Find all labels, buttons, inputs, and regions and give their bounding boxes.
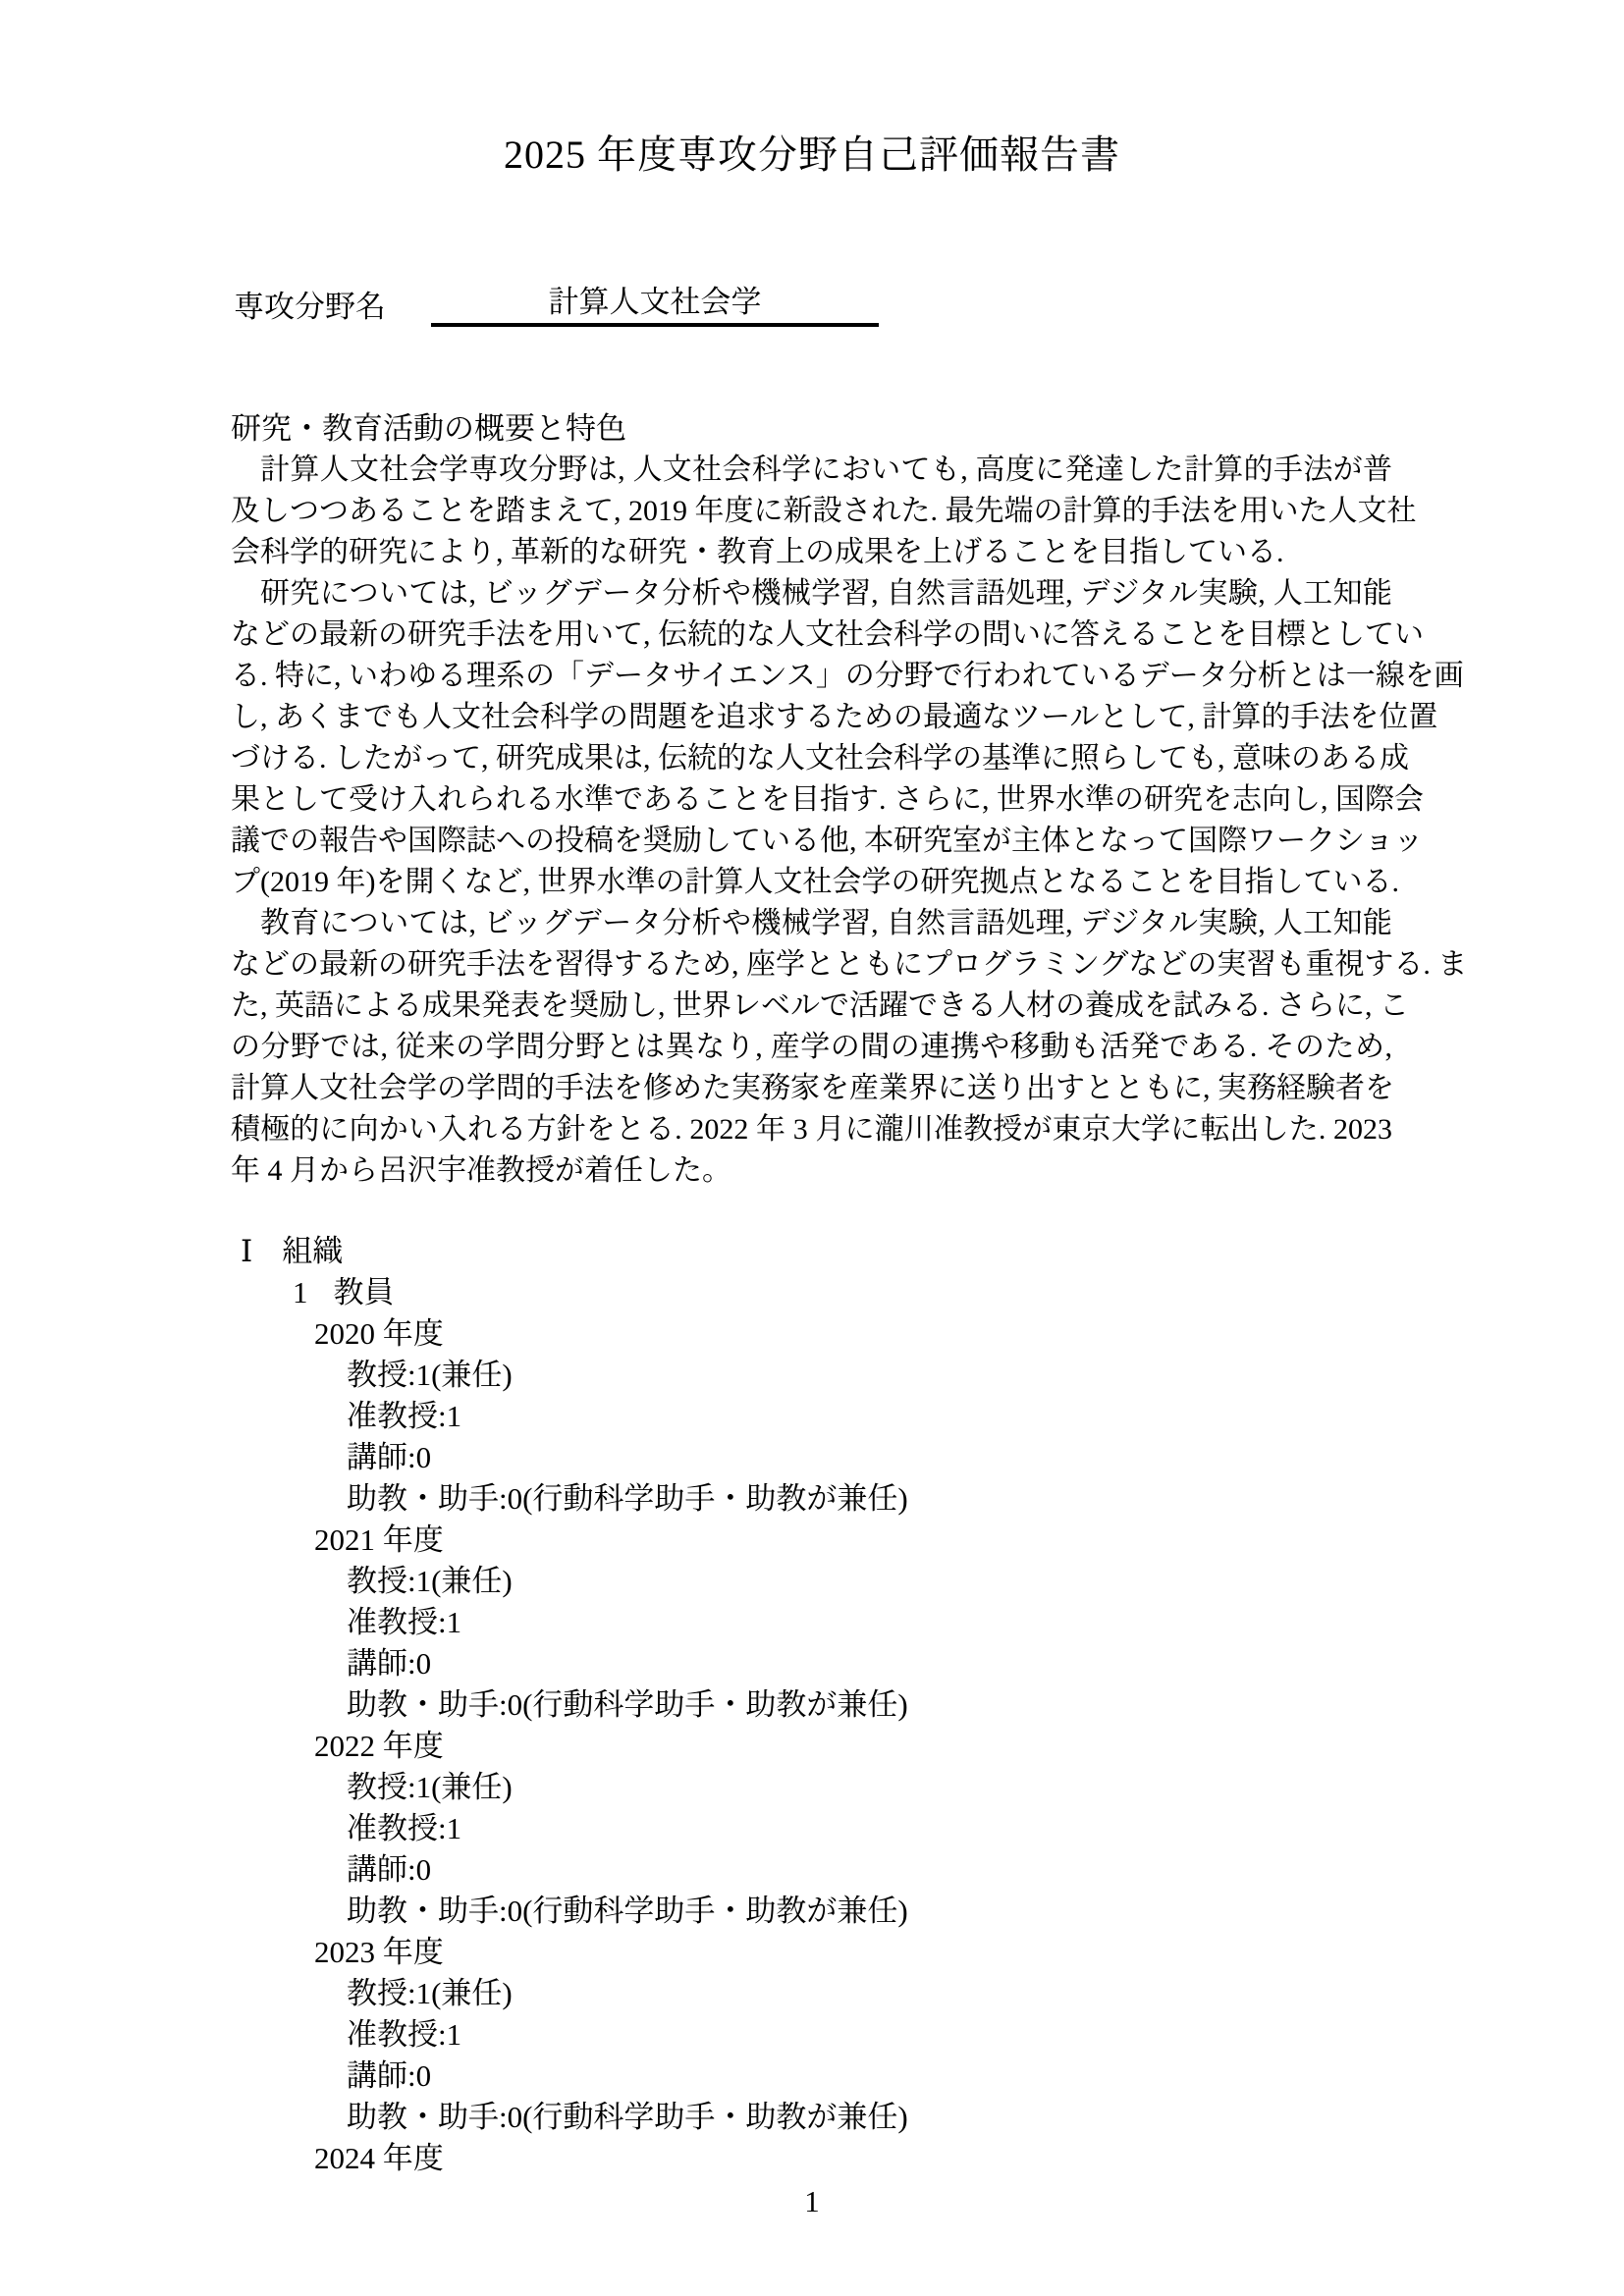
paragraph-line: の分野では, 従来の学問分野とは異なり, 産学の間の連携や移動も活発である. そ…: [231, 1027, 1392, 1068]
org-year-label: 2022 年度: [0, 1726, 1624, 1767]
org-item: 教授:1(兼任): [0, 1561, 1624, 1602]
paragraph-line: 積極的に向かい入れる方針をとる. 2022 年 3 月に瀧川准教授が東京大学に転…: [231, 1109, 1392, 1150]
org-item: 講師:0: [0, 2056, 1624, 2097]
paragraph-line: などの最新の研究手法を用いて, 伝統的な人文社会科学の問いに答えることを目標とし…: [231, 614, 1392, 656]
org-item: 助教・助手:0(行動科学助手・助教が兼任): [0, 2097, 1624, 2138]
field-row: 専攻分野名 計算人文社会学: [234, 283, 879, 327]
org-item: 助教・助手:0(行動科学助手・助教が兼任): [0, 1684, 1624, 1726]
paragraph-line: 及しつつあることを踏まえて, 2019 年度に新設された. 最先端の計算的手法を…: [231, 491, 1392, 532]
page-title: 2025 年度専攻分野自己評価報告書: [0, 128, 1624, 183]
overview-section: 研究・教育活動の概要と特色 計算人文社会学専攻分野は, 人文社会科学においても,…: [231, 408, 1392, 1192]
org-item: 講師:0: [0, 1437, 1624, 1478]
document-page: 2025 年度専攻分野自己評価報告書 専攻分野名 計算人文社会学 研究・教育活動…: [0, 0, 1624, 2296]
org-item: 准教授:1: [0, 1808, 1624, 1849]
paragraph-line: し, あくまでも人文社会科学の問題を追求するための最適なツールとして, 計算的手…: [231, 697, 1392, 738]
org-item: 講師:0: [0, 1849, 1624, 1891]
paragraph-line: 教育については, ビッグデータ分析や機械学習, 自然言語処理, デジタル実験, …: [231, 903, 1392, 944]
paragraph-line: る. 特に, いわゆる理系の「データサイエンス」の分野で行われているデータ分析と…: [231, 656, 1392, 697]
paragraph-line: 計算人文社会学専攻分野は, 人文社会科学においても, 高度に発達した計算的手法が…: [231, 450, 1392, 491]
paragraph-line: 研究については, ビッグデータ分析や機械学習, 自然言語処理, デジタル実験, …: [231, 573, 1392, 614]
page-number: 1: [0, 2181, 1624, 2222]
section-number: Ⅰ: [241, 1234, 252, 1268]
org-item: 講師:0: [0, 1643, 1624, 1684]
paragraph-line: などの最新の研究手法を習得するため, 座学とともにプログラミングなどの実習も重視…: [231, 944, 1392, 986]
section-heading-organization: Ⅰ組織: [0, 1231, 1624, 1272]
paragraph-line: づける. したがって, 研究成果は, 伝統的な人文社会科学の基準に照らしても, …: [231, 738, 1392, 779]
paragraph-line: 会科学的研究により, 革新的な研究・教育上の成果を上げることを目指している.: [231, 532, 1392, 573]
org-year-label: 2023 年度: [0, 1932, 1624, 1973]
org-item: 准教授:1: [0, 1602, 1624, 1643]
org-item: 助教・助手:0(行動科学助手・助教が兼任): [0, 1478, 1624, 1520]
field-value: 計算人文社会学: [431, 283, 879, 327]
overview-paragraph-1: 計算人文社会学専攻分野は, 人文社会科学においても, 高度に発達した計算的手法が…: [231, 450, 1392, 573]
org-year-label: 2020 年度: [0, 1313, 1624, 1355]
section-title: 組織: [282, 1234, 343, 1268]
paragraph-line: 年 4 月から呂沢宇准教授が着任した。: [231, 1150, 1392, 1192]
field-label: 専攻分野名: [234, 288, 386, 327]
org-year-label: 2024 年度: [0, 2138, 1624, 2179]
org-item: 准教授:1: [0, 2014, 1624, 2056]
overview-paragraph-3: 教育については, ビッグデータ分析や機械学習, 自然言語処理, デジタル実験, …: [231, 903, 1392, 1192]
overview-heading: 研究・教育活動の概要と特色: [231, 408, 1392, 450]
org-item: 教授:1(兼任): [0, 1355, 1624, 1396]
paragraph-line: 議での報告や国際誌への投稿を奨励している他, 本研究室が主体となって国際ワークシ…: [231, 821, 1392, 862]
paragraph-line: 計算人文社会学の学問的手法を修めた実務家を産業界に送り出すとともに, 実務経験者…: [231, 1068, 1392, 1109]
org-year-label: 2021 年度: [0, 1520, 1624, 1561]
overview-paragraph-2: 研究については, ビッグデータ分析や機械学習, 自然言語処理, デジタル実験, …: [231, 573, 1392, 903]
org-item: 准教授:1: [0, 1396, 1624, 1437]
paragraph-line: プ(2019 年)を開くなど, 世界水準の計算人文社会学の研究拠点となることを目…: [231, 862, 1392, 903]
subsection-heading-faculty: 1教員: [0, 1272, 1624, 1313]
subsection-title: 教員: [334, 1275, 395, 1309]
org-item: 教授:1(兼任): [0, 1767, 1624, 1808]
paragraph-line: た, 英語による成果発表を奨励し, 世界レベルで活躍できる人材の養成を試みる. …: [231, 986, 1392, 1027]
paragraph-line: 果として受け入れられる水準であることを目指す. さらに, 世界水準の研究を志向し…: [231, 779, 1392, 821]
org-item: 教授:1(兼任): [0, 1973, 1624, 2014]
org-item: 助教・助手:0(行動科学助手・助教が兼任): [0, 1891, 1624, 1932]
organization-section: Ⅰ組織 1教員 2020 年度 教授:1(兼任) 准教授:1 講師:0 助教・助…: [0, 1231, 1624, 2179]
subsection-number: 1: [293, 1275, 308, 1309]
